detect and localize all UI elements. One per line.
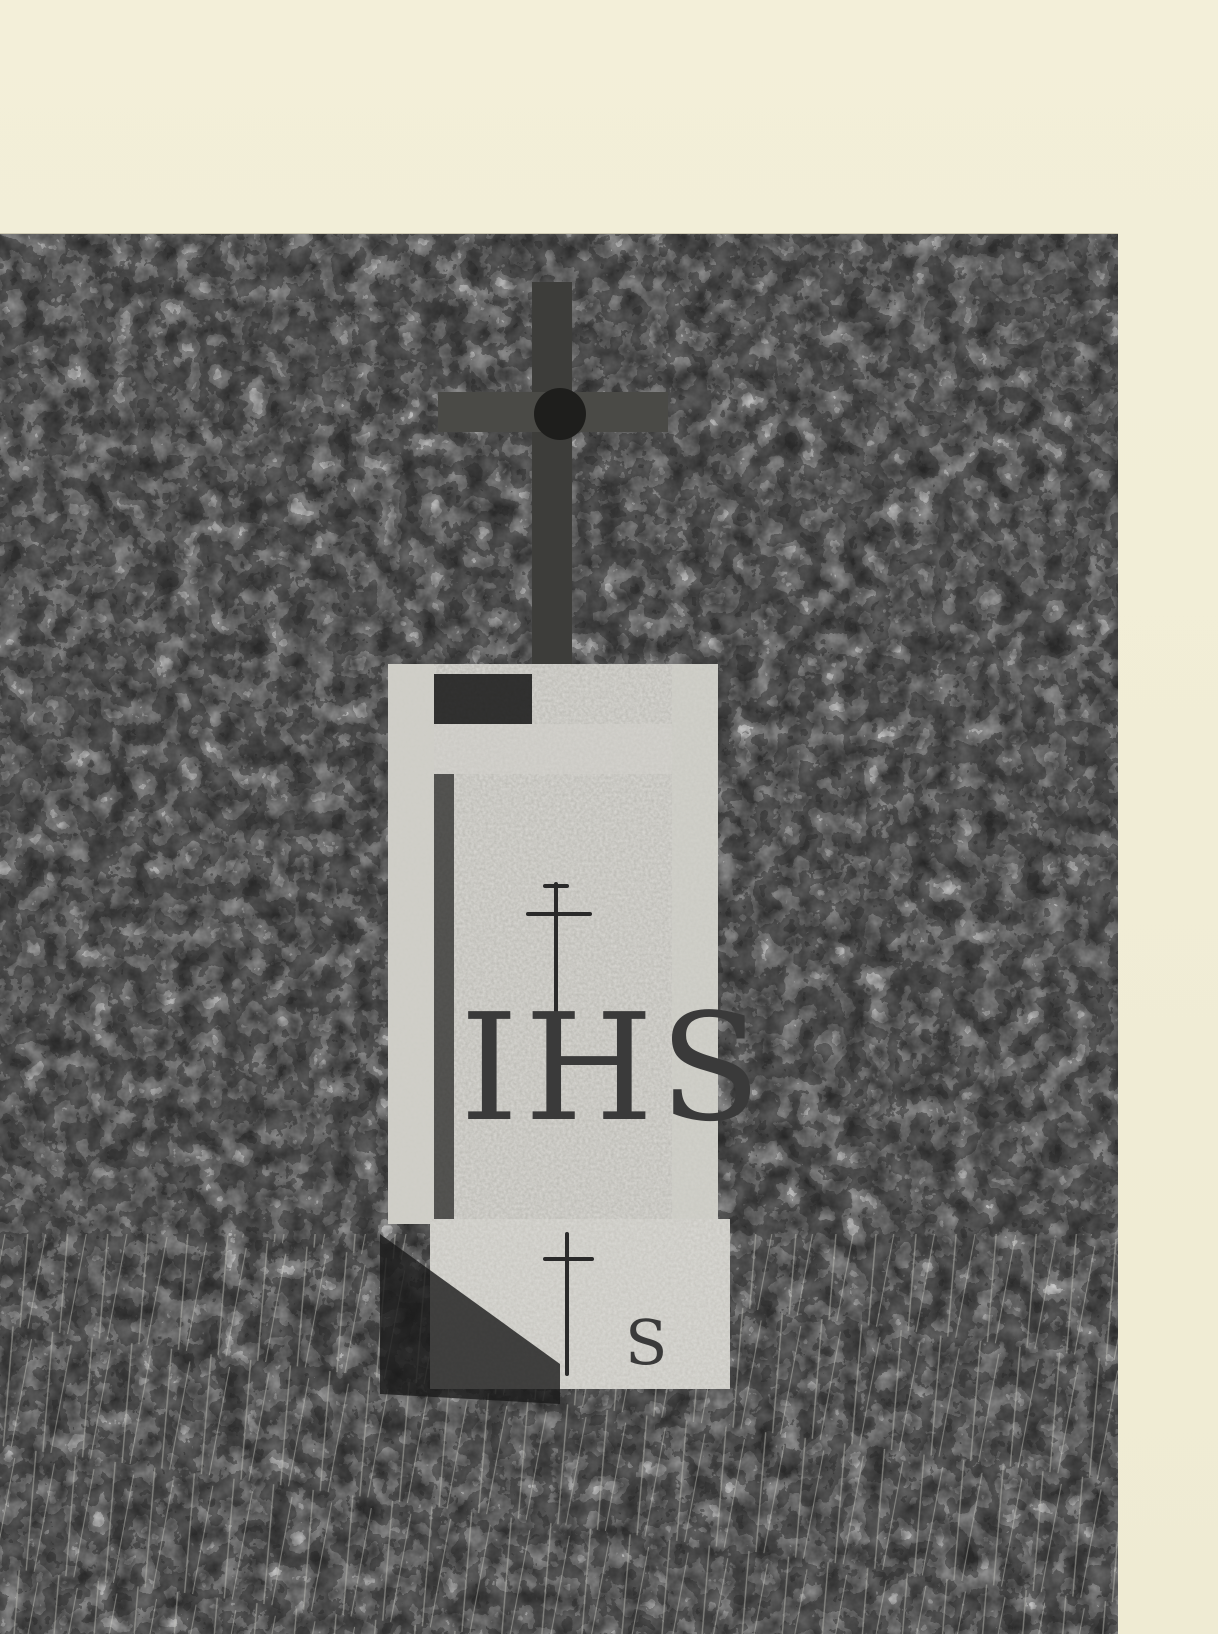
svg-text:IHS: IHS: [460, 982, 767, 1154]
photo-scene: IHS S: [0, 234, 1118, 1634]
photograph: IHS S: [0, 234, 1118, 1634]
paper-mount: IHS S: [0, 0, 1218, 1634]
svg-text:S: S: [625, 1306, 667, 1379]
monogram-ihs: IHS: [460, 982, 767, 1154]
base-letter-s: S: [625, 1306, 667, 1379]
